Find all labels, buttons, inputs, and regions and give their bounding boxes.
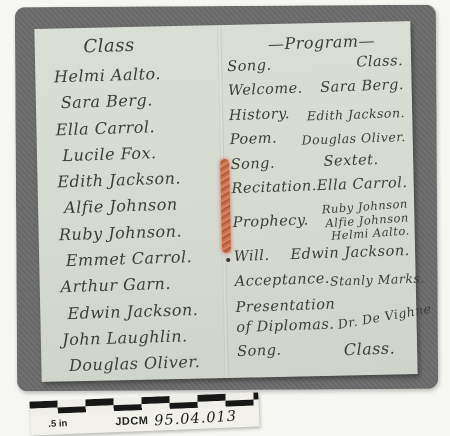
- program-item-label: Will.: [234, 248, 270, 265]
- collection-code: JDCM: [115, 414, 149, 427]
- artifact-scan: Class Helmi Aalto. Sara Berg. Ella Carro…: [0, 0, 450, 436]
- roster-name: Edwin Jackson.: [53, 296, 222, 328]
- program-booklet: Class Helmi Aalto. Sara Berg. Ella Carro…: [34, 21, 417, 382]
- program-item-performer: Class.: [356, 53, 403, 71]
- program-item-performer: Edwin Jackson.: [290, 243, 410, 263]
- program-item-label: Welcome.: [228, 81, 303, 100]
- program-item-performer: Helmi Aalto.: [331, 225, 410, 244]
- program-item-label: History.: [229, 106, 291, 124]
- program-item-performer: Ella Carrol.: [317, 175, 408, 194]
- program-item-performer: Sextet.: [323, 151, 407, 170]
- program-page: —Program— Song. Class. Welcome. Sara Ber…: [226, 30, 414, 376]
- ink-speck: [226, 258, 230, 262]
- program-item-label: Recitation.: [231, 178, 317, 197]
- class-roster-page: Class Helmi Aalto. Sara Berg. Ella Carro…: [45, 32, 224, 377]
- accession-number: 95.04.013: [154, 408, 238, 429]
- program-item-label: Acceptance.: [234, 270, 330, 289]
- program-item-label: Poem.: [230, 131, 278, 149]
- program-item: Song. Class.: [237, 338, 414, 369]
- program-item: Presentation of Diplomas. Dr. De Vighne: [235, 292, 412, 344]
- red-binding-cord: [220, 159, 231, 253]
- program-item-label: Song.: [237, 343, 282, 361]
- scale-label-strip: .5 in JDCM 95.04.013: [29, 392, 259, 435]
- program-item-label: Presentation of Diplomas.: [235, 295, 336, 338]
- program-item-label: Song.: [227, 58, 272, 76]
- program-item-performer: Stanly Marks.: [330, 267, 425, 288]
- program-item-performers: Ruby Johnson Alfie Johnson Helmi Aalto.: [321, 198, 410, 244]
- program-item-label: Song.: [230, 155, 275, 173]
- program-item-label: Prophecy.: [232, 203, 309, 232]
- program-title: —Program—: [226, 30, 403, 55]
- program-item-performer: Class.: [343, 338, 413, 359]
- program-item-performer: Sara Berg.: [320, 77, 404, 96]
- program-item-performer: Edith Jackson.: [306, 102, 405, 123]
- roster-title: Class: [45, 32, 214, 58]
- program-item: Prophecy. Ruby Johnson Alfie Johnson Hel…: [232, 199, 409, 249]
- roster-name: Douglas Oliver.: [55, 348, 224, 380]
- scale-unit-label: .5 in: [48, 418, 67, 430]
- program-item-performer: Douglas Oliver.: [301, 126, 406, 148]
